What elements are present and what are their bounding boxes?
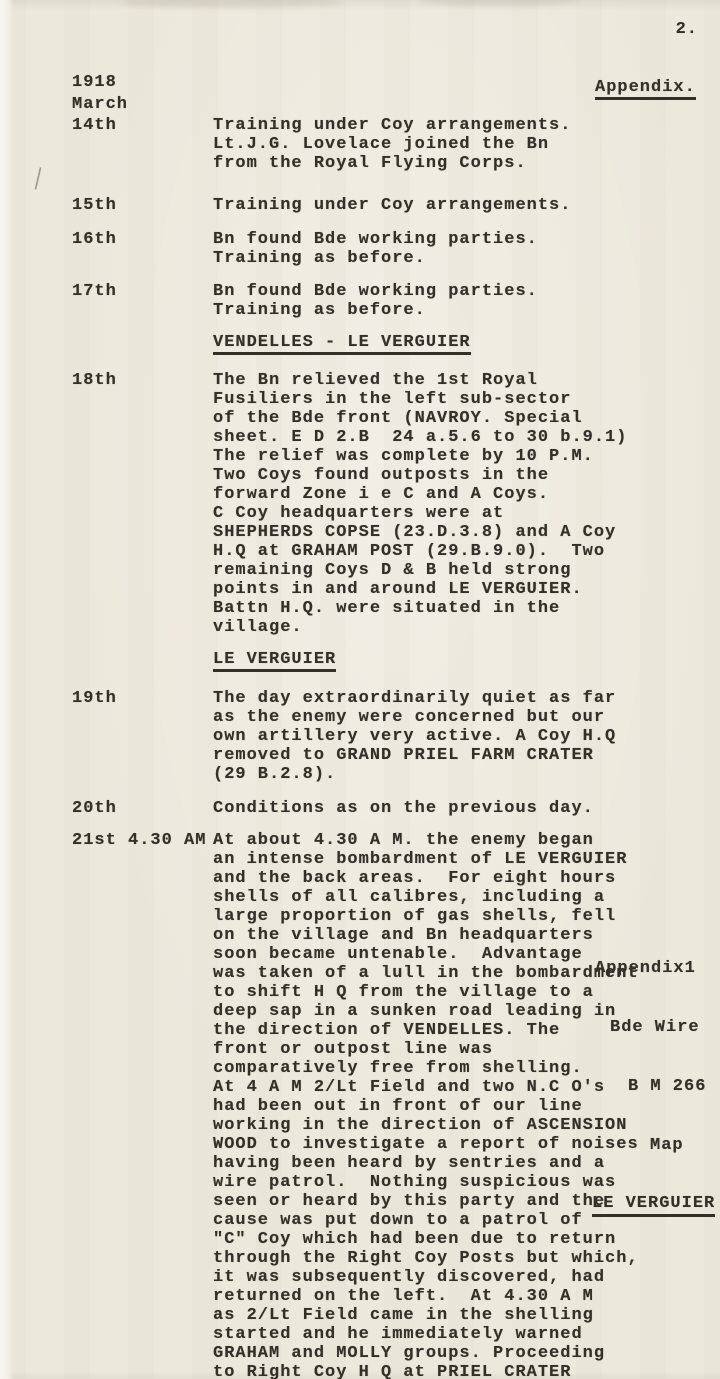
appendix-label: Appendix. <box>595 78 696 100</box>
scan-smudge <box>120 0 340 8</box>
entry-row: 14th Training under Coy arrangements. Lt… <box>72 116 720 173</box>
entry-body: Training under Coy arrangements. Lt.J.G.… <box>213 116 571 173</box>
section-heading: VENDELLES - LE VERGUIER <box>213 333 471 355</box>
entry-row: 18th The Bn relieved the 1st Royal Fusil… <box>72 371 720 637</box>
entry-body: The day extraordinarily quiet as far as … <box>213 689 616 784</box>
entry-row: 16th Bn found Bde working parties. Train… <box>72 230 720 268</box>
scan-smudge <box>420 0 580 6</box>
page-number: 2. <box>676 20 698 39</box>
margin-note-bde-wire: Bde Wire <box>592 1018 715 1038</box>
entry-date: 15th <box>72 196 213 215</box>
margin-note-appendix: Appendix1 <box>592 959 715 979</box>
entry-row: 20th Conditions as on the previous day. <box>72 799 720 818</box>
margin-note-map: Map <box>592 1136 715 1156</box>
entry-date: 16th <box>72 230 213 249</box>
entry-date: 19th <box>72 689 213 708</box>
entry-body: Training under Coy arrangements. <box>213 196 571 215</box>
margin-note-le-verguier: LE VERGUIER <box>592 1194 715 1217</box>
entry-body: Conditions as on the previous day. <box>213 799 594 818</box>
entry-body: Bn found Bde working parties. Training a… <box>213 230 538 268</box>
entry-body: The Bn relieved the 1st Royal Fusiliers … <box>213 371 627 637</box>
diary-page: 2. Appendix. 1918 March 14th Training un… <box>0 0 720 1379</box>
margin-note-bm266: B M 266 <box>592 1077 715 1097</box>
entry-date: 18th <box>72 371 213 390</box>
entry-row: 15th Training under Coy arrangements. <box>72 196 720 215</box>
entry-date: 21st 4.30 AM <box>72 831 213 850</box>
section-heading-row: VENDELLES - LE VERGUIER <box>72 333 720 355</box>
entry-row: 17th Bn found Bde working parties. Train… <box>72 282 720 320</box>
pen-mark <box>34 167 41 190</box>
entry-date: 17th <box>72 282 213 301</box>
section-heading: LE VERGUIER <box>213 650 336 672</box>
section-heading-row: LE VERGUIER <box>72 650 720 672</box>
entry-row: 19th The day extraordinarily quiet as fa… <box>72 689 720 784</box>
entry-body: Bn found Bde working parties. Training a… <box>213 282 538 320</box>
entry-body: At about 4.30 A M. the enemy began an in… <box>213 831 639 1379</box>
margin-notes: Appendix1 Bde Wire B M 266 Map LE VERGUI… <box>592 920 715 1256</box>
entry-date: 20th <box>72 799 213 818</box>
entry-date: 14th <box>72 116 213 135</box>
